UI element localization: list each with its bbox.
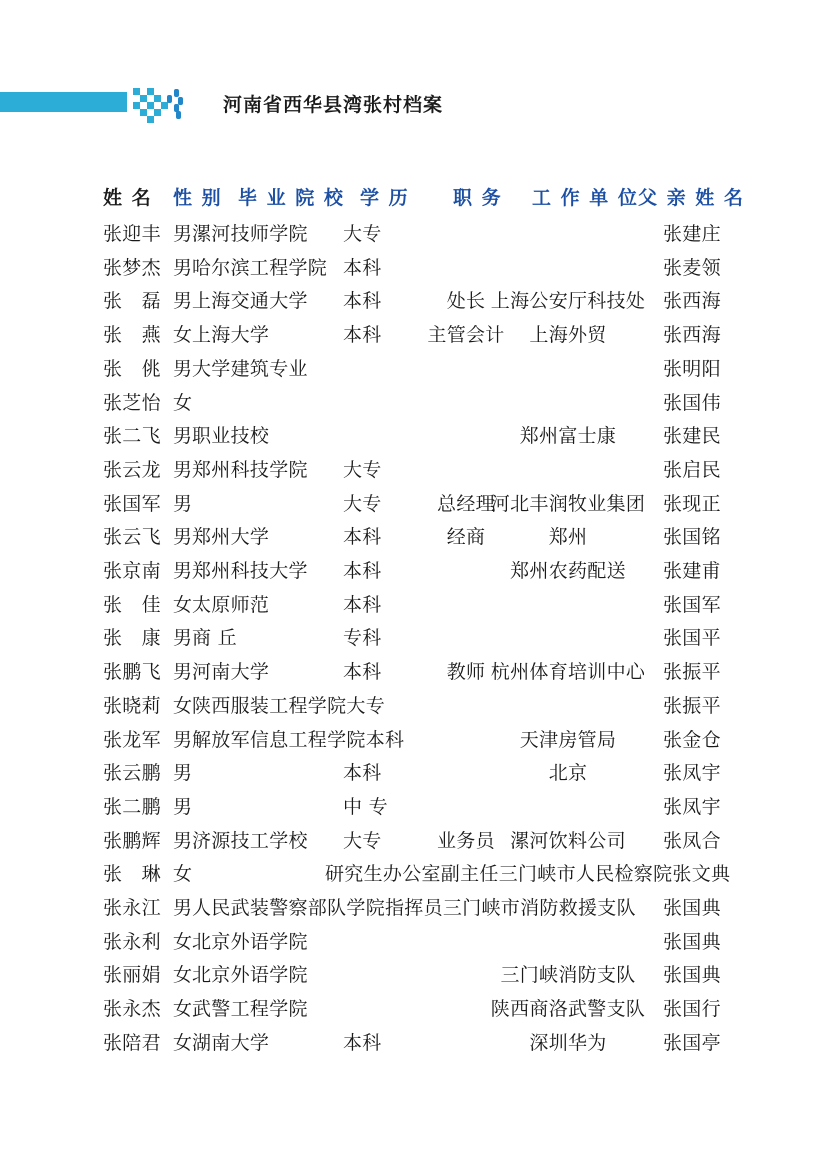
cell-name: 张晓莉 [103,694,161,718]
table-header-row: 姓 名性 别毕 业 院 校学 历职 务工 作 单 位父 亲 姓 名 [0,186,830,210]
cell-name: 张龙军 [103,728,161,752]
table-row: 张晓莉女陕西服装工程学院大专张振平 [0,694,830,720]
cell-school: 上海交通大学 [192,289,308,313]
table-row: 张丽娟女 北京外语学院三门峡消防支队张国典 [0,963,830,989]
cell-degree: 本科 [343,323,382,347]
cell-degree: 本科 [343,593,382,617]
cell-name: 张永利 [103,930,161,954]
cell-degree: 本科 [343,559,382,583]
cell-father: 张麦领 [663,256,721,280]
table-row: 张 康男商 丘专科张国平 [0,626,830,652]
cell-father: 张西海 [663,323,721,347]
cell-gender: 男 [173,896,192,920]
cell-father: 张振平 [663,694,721,718]
column-header: 姓 名 [103,186,152,210]
cell-school: 郑州科技大学 [192,559,308,583]
table-row: 张京南男郑州科技大学本科郑州农药配送张建甫 [0,559,830,585]
cell-gender: 男 [173,424,192,448]
cell-gender: 女 [173,930,192,954]
cell-degree: 大专 [343,458,382,482]
cell-unit: 三门峡消防支队 [468,963,668,987]
cell-name: 张二鹏 [103,795,161,819]
cell-name: 张 佻 [103,357,161,381]
cell-gender: 男 [173,458,192,482]
cell-degree: 大专 [343,829,382,853]
cell-degree: 大专 [343,222,382,246]
table-row: 张 琳女研究生办公室副主任三门峡市人民检察院张文典 [0,862,830,888]
cell-name: 张永江 [103,896,161,920]
cell-flow-school: 解放军信息工程学院本科 [192,728,404,752]
column-header: 学 历 [360,186,409,210]
cell-degree: 本科 [343,1031,382,1055]
cell-father: 张金仓 [663,728,721,752]
cell-unit: 陕西商洛武警支队 [468,997,668,1021]
cell-name: 张芝怡 [103,391,161,415]
cell-name: 张 磊 [103,289,161,313]
cell-gender: 男 [173,492,192,516]
cell-father: 张凤宇 [663,761,721,785]
cell-school: 大学建筑专业 [192,357,308,381]
table-row: 张云鹏男本科北京张凤宇 [0,761,830,787]
cell-father: 张建甫 [663,559,721,583]
column-header: 性 别 [173,186,222,210]
cell-school: 河南大学 [192,660,269,684]
cell-name: 张国军 [103,492,161,516]
cell-name: 张 康 [103,626,161,650]
cell-school: 哈尔滨工程学院 [192,256,327,280]
table-row: 张永利女北京外语学院张国典 [0,930,830,956]
cell-flow-school: 陕西服装工程学院大专 [192,694,385,718]
cell-name: 张 佳 [103,593,161,617]
cell-school: 郑州大学 [192,525,269,549]
column-header: 父 亲 姓 名 [638,186,744,210]
cell-gender: 女 [173,391,192,415]
cell-gender: 女 [173,694,192,718]
cell-name: 张永杰 [103,997,161,1021]
cell-degree: 大专 [343,492,382,516]
cell-flow-degree: 研究生办公室副主任三门峡市人民检察院张文典 [325,862,730,886]
table-row: 张梦杰男哈尔滨工程学院本科张麦领 [0,256,830,282]
cell-father: 张国平 [663,626,721,650]
cell-school: 太原师范 [192,593,269,617]
cell-degree: 本科 [343,256,382,280]
cell-gender: 男 [173,289,192,313]
table-row: 张 佻男大学建筑专业张明阳 [0,357,830,383]
table-row: 张 燕女上海大学本科主管会计上海外贸张西海 [0,323,830,349]
cell-unit: 漯河饮料公司 [468,829,668,853]
cell-degree: 本科 [343,761,382,785]
table-row: 张云龙男郑州科技学院大专张启民 [0,458,830,484]
table-row: 张鹏飞男河南大学本科教师杭州体育培训中心张振平 [0,660,830,686]
cell-gender: 男 [173,256,192,280]
cell-father: 张国亭 [663,1031,721,1055]
table-row: 张龙军男解放军信息工程学院本科天津房管局张金仓 [0,728,830,754]
cell-father: 张国伟 [663,391,721,415]
cell-father: 张建民 [663,424,721,448]
cell-flow-school: 人民武装警察部队学院指挥员三门峡市消防救援支队 [192,896,636,920]
cell-gender: 女 [173,323,192,347]
cell-school: 北京外语学院 [192,930,308,954]
cell-degree: 本科 [343,525,382,549]
table-row: 张芝怡女张国伟 [0,391,830,417]
roster-table: 姓 名性 别毕 业 院 校学 历职 务工 作 单 位父 亲 姓 名 张迎丰男漯河… [0,0,830,1155]
cell-gender: 男 [173,660,192,684]
cell-father: 张凤合 [663,829,721,853]
cell-father: 张国铭 [663,525,721,549]
cell-unit: 上海公安厅科技处 [468,289,668,313]
cell-gender: 女 [173,963,192,987]
cell-name: 张二飞 [103,424,161,448]
cell-degree: 中 专 [343,795,388,819]
cell-gender: 男 [173,761,192,785]
cell-father: 张西海 [663,289,721,313]
cell-name: 张云鹏 [103,761,161,785]
cell-gender: 女 [173,1031,192,1055]
cell-name: 张梦杰 [103,256,161,280]
cell-name: 张云龙 [103,458,161,482]
cell-degree: 本科 [343,660,382,684]
cell-gender: 男 [173,626,192,650]
cell-gender: 女 [173,593,192,617]
cell-name: 张鹏飞 [103,660,161,684]
table-row: 张鹏辉男济源技工学校大专业务员漯河饮料公司张凤合 [0,829,830,855]
cell-unit: 上海外贸 [468,323,668,347]
cell-gender: 男 [173,728,192,752]
cell-school: 上海大学 [192,323,269,347]
cell-degree: 专科 [343,626,382,650]
cell-father: 张国典 [663,896,721,920]
cell-father: 张国典 [663,930,721,954]
cell-name: 张陪君 [103,1031,161,1055]
column-header: 毕 业 院 校 [238,186,344,210]
cell-unit: 北京 [468,761,668,785]
table-row: 张迎丰男漯河技师学院大专张建庄 [0,222,830,248]
cell-school: 济源技工学校 [192,829,308,853]
document-page: 河南省西华县湾张村档案 姓 名性 别毕 业 院 校学 历职 务工 作 单 位父 … [0,0,830,1155]
cell-unit: 杭州体育培训中心 [468,660,668,684]
cell-gender: 女 [173,862,192,886]
table-row: 张 磊男上海交通大学本科处长上海公安厅科技处张西海 [0,289,830,315]
cell-school: 武警工程学院 [192,997,308,1021]
cell-unit: 河北丰润牧业集团 [468,492,668,516]
cell-school: 漯河技师学院 [192,222,308,246]
cell-name: 张鹏辉 [103,829,161,853]
cell-school: 商 丘 [192,626,237,650]
cell-school: 北京外语学院 [192,963,308,987]
cell-father: 张明阳 [663,357,721,381]
cell-name: 张丽娟 [103,963,161,987]
column-header: 工 作 单 位 [532,186,638,210]
cell-father: 张启民 [663,458,721,482]
cell-father: 张振平 [663,660,721,684]
table-row: 张陪君女湖南大学本科深圳华为张国亭 [0,1031,830,1057]
cell-gender: 男 [173,559,192,583]
cell-gender: 女 [173,997,192,1021]
cell-name: 张京南 [103,559,161,583]
cell-unit: 天津房管局 [468,728,668,752]
table-row: 张云飞男郑州大学本科经商郑州张国铭 [0,525,830,551]
cell-name: 张 琳 [103,862,161,886]
cell-degree: 本科 [343,289,382,313]
cell-school: 湖南大学 [192,1031,269,1055]
cell-name: 张 燕 [103,323,161,347]
table-row: 张二鹏男中 专张凤宇 [0,795,830,821]
cell-father: 张国行 [663,997,721,1021]
table-row: 张 佳女太原师范本科张国军 [0,593,830,619]
cell-unit: 郑州农药配送 [468,559,668,583]
cell-gender: 男 [173,525,192,549]
cell-unit: 深圳华为 [468,1031,668,1055]
cell-unit: 郑州富士康 [468,424,668,448]
cell-gender: 男 [173,222,192,246]
cell-school: 职业技校 [192,424,269,448]
table-row: 张永杰女武警工程学院陕西商洛武警支队张国行 [0,997,830,1023]
cell-gender: 男 [173,795,192,819]
table-row: 张永江男人民武装警察部队学院指挥员三门峡市消防救援支队张国典 [0,896,830,922]
cell-father: 张国军 [663,593,721,617]
table-row: 张国军男大专总经理河北丰润牧业集团张现正 [0,492,830,518]
cell-father: 张凤宇 [663,795,721,819]
cell-unit: 郑州 [468,525,668,549]
cell-name: 张云飞 [103,525,161,549]
cell-gender: 男 [173,357,192,381]
table-row: 张二飞男职业技校郑州富士康张建民 [0,424,830,450]
cell-gender: 男 [173,829,192,853]
cell-father: 张建庄 [663,222,721,246]
cell-name: 张迎丰 [103,222,161,246]
cell-father: 张现正 [663,492,721,516]
column-header: 职 务 [453,186,502,210]
cell-school: 郑州科技学院 [192,458,308,482]
cell-father: 张国典 [663,963,721,987]
